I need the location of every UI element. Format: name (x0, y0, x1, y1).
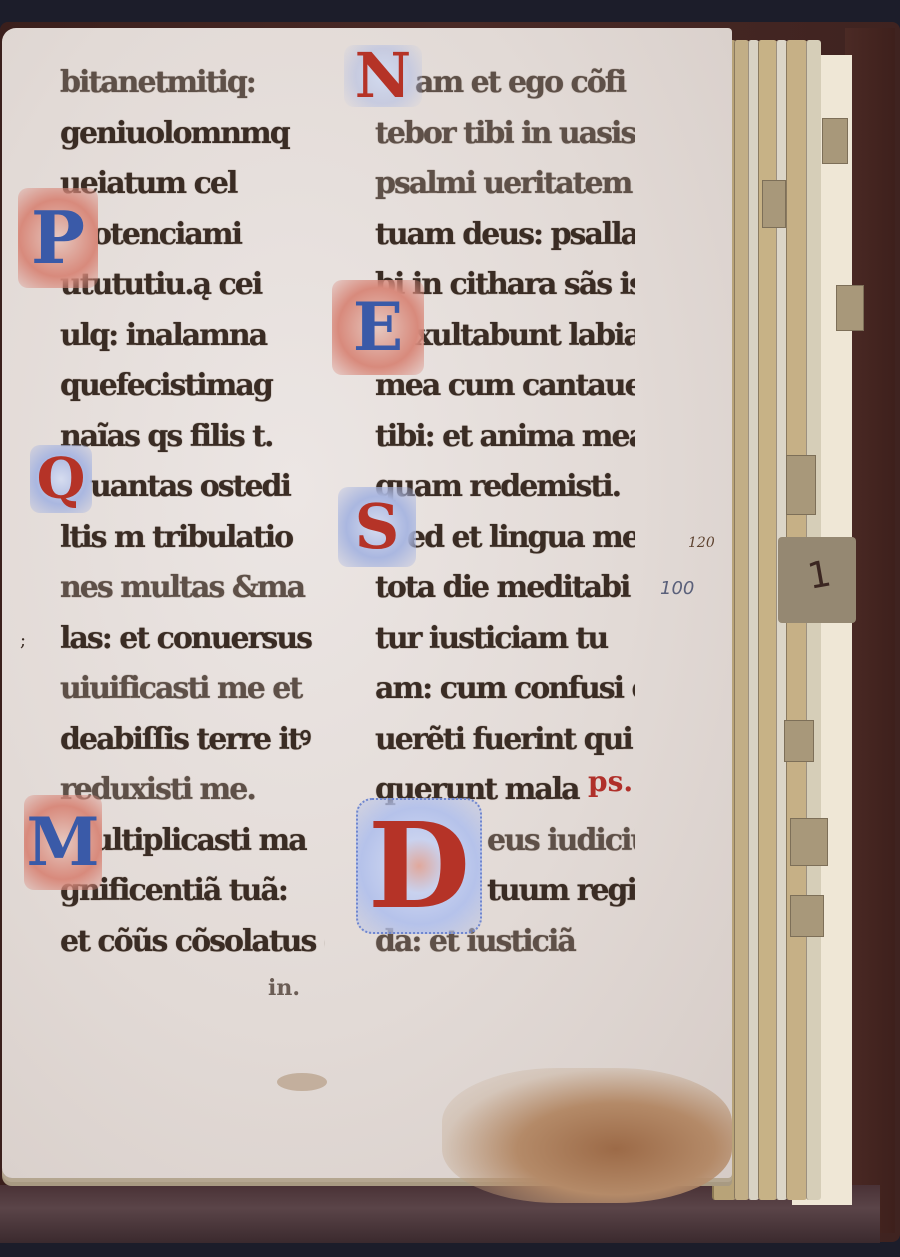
text-line: quefecistimag (60, 361, 325, 412)
text-line: psalmi ueritatem (375, 159, 635, 210)
text-line: naĩas qs filis t. (60, 412, 325, 463)
text-line: tibi: et anima mea (375, 412, 635, 463)
illuminated-initial-e: E (332, 280, 424, 375)
text-line: ltis m tribulatio (60, 513, 325, 564)
text-line: nes multas &ma (60, 563, 325, 614)
ink-folio-number: 120 (688, 535, 715, 551)
text-line: tota die meditabi (375, 563, 635, 614)
text-line: et cõũs cõsolatus es (60, 917, 325, 968)
text-line: deabiſſis terre itꝰ (60, 715, 325, 766)
illuminated-initial-q: Q (30, 445, 92, 513)
text-line: ueiatum cel (60, 159, 325, 210)
text-line: uerẽti fuerint qui (375, 715, 635, 766)
catchword-mark: in. (268, 975, 300, 1001)
illuminated-initial-s: S (338, 487, 416, 567)
page-tab[interactable] (790, 818, 828, 866)
text-line: uantas ostedi (60, 462, 325, 513)
smudge (277, 1073, 327, 1091)
rubric-psalm-mark: ps. (588, 765, 633, 798)
text-line: uiuificasti me et (60, 664, 325, 715)
text-line: utututiu.ą cei (60, 260, 325, 311)
text-line: las: et conuersus (60, 614, 325, 665)
illuminated-initial-p: P (18, 188, 98, 288)
text-line: bitanetmitiq: (60, 58, 325, 109)
illuminated-initial-m: M (24, 795, 102, 890)
page-tab[interactable] (822, 118, 848, 164)
page-tab[interactable] (784, 720, 814, 762)
tab-label: 1 (805, 553, 835, 597)
text-line: geniuolomnmq (60, 109, 325, 160)
text-line: tur iusticiam tu (375, 614, 635, 665)
page-tab[interactable] (790, 895, 824, 937)
illuminated-initial-n: N (344, 45, 422, 107)
pencil-folio-number: 100 (660, 578, 694, 599)
page-tab[interactable] (786, 455, 816, 515)
text-line: tuam deus: psallam ti (375, 210, 635, 261)
binding-right-board (845, 28, 895, 1233)
text-line: ulq: inalamna (60, 311, 325, 362)
leaf-edge (734, 40, 749, 1200)
illuminated-initial-d: D (356, 798, 482, 934)
page-tab[interactable] (762, 180, 786, 228)
margin-mark: ; (20, 630, 26, 651)
text-line: tebor tibi in uasis (375, 109, 635, 160)
text-line: am: cum confusi et re (375, 664, 635, 715)
water-stain (442, 1068, 732, 1203)
page-tab[interactable] (836, 285, 864, 331)
fore-edge-tab[interactable]: 1 (778, 537, 856, 623)
text-line: otenciami (60, 210, 325, 261)
